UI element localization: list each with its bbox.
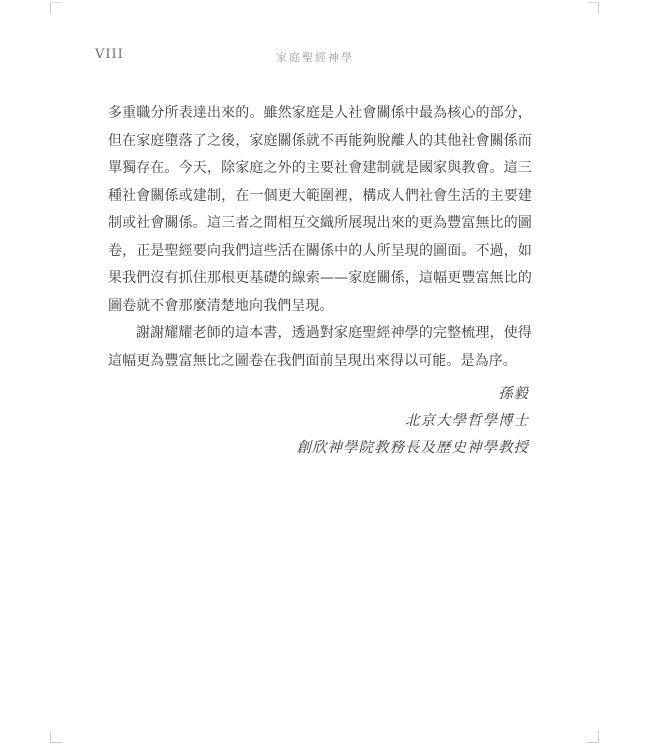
page-corner-mark-top-left bbox=[50, 2, 62, 14]
paragraph-continuation: 多重職分所表達出來的。雖然家庭是人社會關係中最為核心的部分，但在家庭墮落了之後，… bbox=[108, 100, 532, 320]
paragraph-closing: 謝謝耀耀老師的這本書，透過對家庭聖經神學的完整梳理，使得這幅更為豐富無比之圖卷在… bbox=[108, 320, 532, 375]
book-page: VIII 家庭聖經神學 多重職分所表達出來的。雖然家庭是人社會關係中最為核心的部… bbox=[0, 0, 650, 750]
page-corner-mark-bottom-left bbox=[50, 731, 62, 743]
page-corner-mark-bottom-right bbox=[587, 731, 599, 743]
signature-credential-position: 創欣神學院教務長及歷史神學教授 bbox=[297, 435, 530, 462]
body-text: 多重職分所表達出來的。雖然家庭是人社會關係中最為核心的部分，但在家庭墮落了之後，… bbox=[108, 100, 532, 375]
signature-credential-degree: 北京大學哲學博士 bbox=[297, 408, 530, 435]
page-corner-mark-top-right bbox=[587, 2, 599, 14]
running-header: VIII 家庭聖經神學 bbox=[95, 47, 535, 65]
signature-block: 孫毅 北京大學哲學博士 創欣神學院教務長及歷史神學教授 bbox=[297, 381, 530, 462]
running-header-title: 家庭聖經神學 bbox=[95, 49, 535, 65]
signature-name: 孫毅 bbox=[297, 381, 530, 408]
